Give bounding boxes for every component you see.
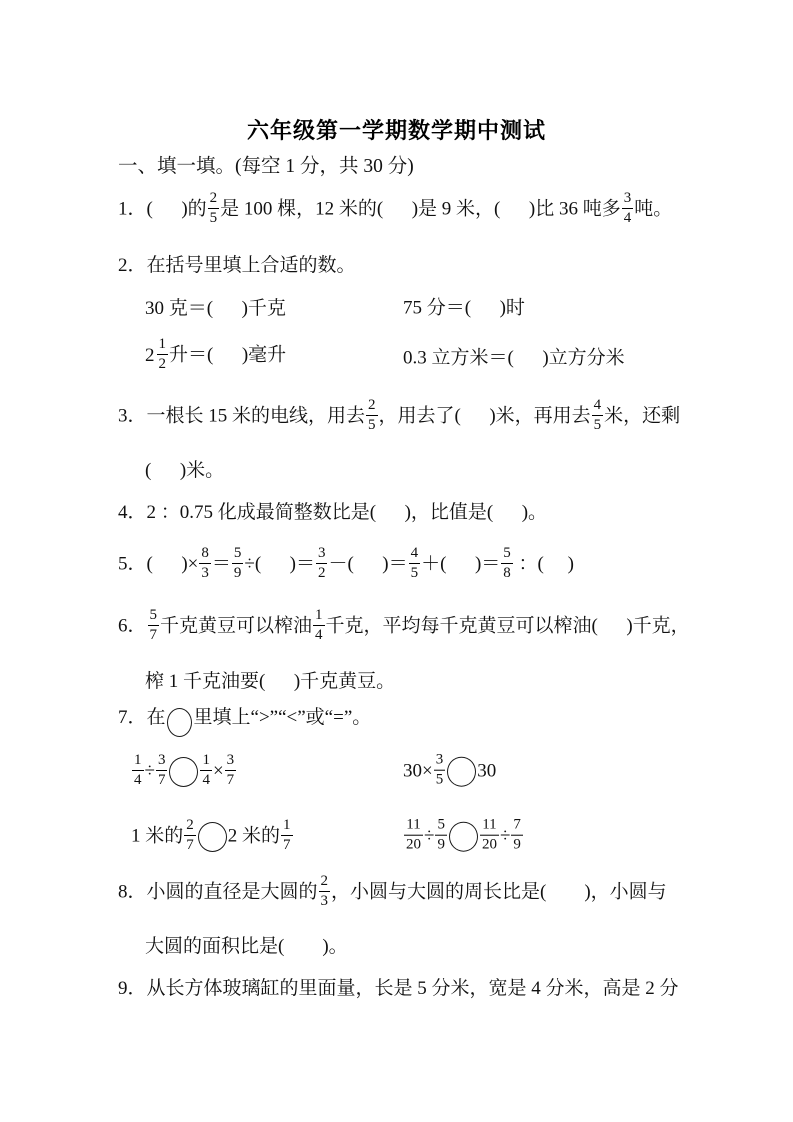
- column-left: 榨 1 千克油要( )千克黄豆。: [145, 666, 395, 693]
- column-left: 3．一根长 15 米的电线，用去25，用去了( )米，再用去45米，还剩: [118, 399, 680, 436]
- fraction-numerator: 4: [409, 545, 421, 564]
- mixed-number-whole: 2: [145, 345, 155, 367]
- fraction: 14: [132, 752, 144, 789]
- fraction-numerator: 1: [313, 607, 325, 626]
- fraction-numerator: 1: [281, 817, 293, 836]
- exam-line-q7-l1: 7．在里填上“>”“<”或“=”。: [0, 699, 793, 737]
- column-left: ( )米。: [145, 455, 224, 482]
- exam-line-q2-l3: 212升＝( )毫升0.3 立方米＝( )立方分米: [0, 328, 793, 384]
- fraction-numerator: 3: [156, 752, 168, 771]
- exam-line-q4-l1: 4．2 ：0.75 化成最简整数比是( )，比值是( )。: [0, 494, 793, 526]
- fraction-denominator: 3: [199, 564, 211, 582]
- fraction-denominator: 8: [501, 564, 513, 582]
- fraction: 32: [316, 545, 328, 582]
- exam-line-q2-l1: 2．在括号里填上合适的数。: [0, 247, 793, 279]
- text-run: 升＝( )毫升: [169, 344, 286, 365]
- compare-circle: [167, 708, 192, 737]
- fraction-denominator: 7: [281, 836, 293, 854]
- column-left: 212升＝( )毫升: [145, 338, 286, 375]
- text-run: 1．( )的: [118, 198, 207, 219]
- compare-circle: [198, 822, 227, 852]
- column-right: 0.3 立方米＝( )立方分米: [403, 343, 625, 370]
- text-run: 7．在: [118, 707, 166, 728]
- fraction: 57: [148, 607, 160, 644]
- fraction-denominator: 4: [622, 209, 634, 227]
- fraction: 59: [232, 545, 244, 582]
- text-run: ：( ): [514, 553, 574, 574]
- column-right: 1120÷591120÷79: [403, 819, 524, 856]
- text-run: 3．一根长 15 米的电线，用去: [118, 405, 365, 426]
- text-run: ( )米。: [145, 460, 224, 481]
- fraction-numerator: 4: [592, 397, 604, 416]
- fraction-denominator: 20: [480, 836, 499, 854]
- fraction-denominator: 7: [156, 771, 168, 789]
- fraction-numerator: 3: [225, 752, 237, 771]
- fraction-denominator: 5: [592, 416, 604, 434]
- column-left: 30 克＝( )千克: [145, 293, 286, 320]
- fraction-numerator: 2: [366, 397, 378, 416]
- fraction: 83: [199, 545, 211, 582]
- text-run: ，用去了( )米，再用去: [379, 405, 591, 426]
- column-left: 4．2 ：0.75 化成最简整数比是( )，比值是( )。: [118, 497, 547, 524]
- exam-line-q3-l1: 3．一根长 15 米的电线，用去25，用去了( )米，再用去45米，还剩: [0, 390, 793, 444]
- fraction-numerator: 8: [199, 545, 211, 564]
- column-right: 30×3530: [403, 754, 496, 791]
- text-run: ＝: [212, 553, 231, 574]
- fraction: 14: [200, 752, 212, 789]
- exam-line-q7-l3: 1 米的272 米的171120÷591120÷79: [0, 809, 793, 865]
- exam-page: 六年级第一学期数学期中测试 一、填一填。(每空 1 分，共 30 分) 1．( …: [0, 0, 793, 1122]
- fraction-denominator: 2: [316, 564, 328, 582]
- fraction-numerator: 2: [319, 873, 331, 892]
- exam-line-q1-l1: 1．( )的25是 100 棵，12 米的( )是 9 米，( )比 36 吨多…: [0, 184, 793, 236]
- fraction-numerator: 5: [501, 545, 513, 564]
- fraction-numerator: 5: [435, 817, 447, 836]
- text-run: 0.3 立方米＝( )立方分米: [403, 348, 625, 369]
- fraction-numerator: 2: [208, 190, 220, 209]
- fraction: 27: [184, 817, 196, 854]
- text-run: ÷: [500, 825, 510, 846]
- fraction: 17: [281, 817, 293, 854]
- page-title: 六年级第一学期数学期中测试: [0, 114, 793, 145]
- text-run: 2．在括号里填上合适的数。: [118, 255, 356, 276]
- compare-circle: [449, 822, 478, 852]
- compare-circle: [447, 757, 476, 787]
- mixed-number: 212: [145, 338, 169, 375]
- fraction-denominator: 7: [184, 836, 196, 854]
- exam-line-q5-l1: 5．( )×83＝59÷( )＝32－( )＝45＋( )＝58 ：( ): [0, 538, 793, 592]
- fraction-denominator: 3: [319, 892, 331, 910]
- fraction: 1120: [480, 817, 499, 854]
- fraction: 79: [511, 817, 523, 854]
- text-run: 75 分＝( )时: [403, 298, 525, 319]
- text-run: 千克，平均每千克黄豆可以榨油( )千克，: [326, 615, 690, 636]
- fraction-numerator: 5: [232, 545, 244, 564]
- text-run: 里填上“>”“<”或“=”。: [194, 707, 372, 728]
- text-run: ＋( )＝: [421, 553, 500, 574]
- text-run: 是 100 棵，12 米的( )是 9 米，( )比 36 吨多: [220, 198, 621, 219]
- column-left: 7．在里填上“>”“<”或“=”。: [118, 702, 371, 733]
- fraction-numerator: 2: [184, 817, 196, 836]
- compare-circle: [169, 757, 198, 787]
- exam-line-q3-l2: ( )米。: [0, 452, 793, 484]
- fraction-denominator: 4: [313, 626, 325, 644]
- text-run: ÷: [145, 760, 155, 781]
- fraction: 25: [366, 397, 378, 434]
- text-run: 千克黄豆可以榨油: [160, 615, 312, 636]
- fraction-numerator: 1: [132, 752, 144, 771]
- fraction-denominator: 4: [200, 771, 212, 789]
- fraction-numerator: 5: [148, 607, 160, 626]
- fraction: 1120: [404, 817, 423, 854]
- text-run: 5．( )×: [118, 553, 198, 574]
- fraction-denominator: 5: [366, 416, 378, 434]
- text-run: 大圆的面积比是( )。: [145, 936, 348, 957]
- fraction: 12: [157, 336, 169, 373]
- text-run: 30: [477, 760, 496, 781]
- text-run: 吨。: [634, 198, 672, 219]
- column-left: 2．在括号里填上合适的数。: [118, 250, 356, 277]
- fraction: 58: [501, 545, 513, 582]
- text-run: ×: [213, 760, 224, 781]
- exam-line-q6-l1: 6．57千克黄豆可以榨油14千克，平均每千克黄豆可以榨油( )千克，: [0, 600, 793, 654]
- exam-line-q8-l2: 大圆的面积比是( )。: [0, 928, 793, 960]
- fraction-numerator: 3: [622, 190, 634, 209]
- text-run: ，小圆与大圆的周长比是( )，小圆与: [331, 881, 667, 902]
- text-run: －( )＝: [328, 553, 407, 574]
- text-run: 米，还剩: [604, 405, 680, 426]
- fraction: 34: [622, 190, 634, 227]
- fraction-denominator: 9: [435, 836, 447, 854]
- fraction-denominator: 5: [409, 564, 421, 582]
- column-left: 9．从长方体玻璃缸的里面量，长是 5 分米，宽是 4 分米，高是 2 分: [118, 973, 679, 1000]
- exam-line-q6-l2: 榨 1 千克油要( )千克黄豆。: [0, 663, 793, 695]
- fraction-denominator: 9: [232, 564, 244, 582]
- fraction-denominator: 20: [404, 836, 423, 854]
- exam-line-q2-l2: 30 克＝( )千克75 分＝( )时: [0, 290, 793, 322]
- text-run: 1 米的: [131, 825, 183, 846]
- fraction-denominator: 5: [208, 209, 220, 227]
- fraction-denominator: 7: [148, 626, 160, 644]
- column-left: 14÷3714×37: [131, 754, 237, 791]
- text-run: 30×: [403, 760, 433, 781]
- fraction-denominator: 7: [225, 771, 237, 789]
- exam-line-q8-l1: 8．小圆的直径是大圆的23，小圆与大圆的周长比是( )，小圆与: [0, 866, 793, 920]
- fraction-numerator: 1: [200, 752, 212, 771]
- column-left: 1．( )的25是 100 棵，12 米的( )是 9 米，( )比 36 吨多…: [118, 192, 672, 229]
- fraction-numerator: 7: [511, 817, 523, 836]
- fraction-denominator: 4: [132, 771, 144, 789]
- column-right: 75 分＝( )时: [403, 293, 525, 320]
- text-run: 榨 1 千克油要( )千克黄豆。: [145, 671, 395, 692]
- column-left: 5．( )×83＝59÷( )＝32－( )＝45＋( )＝58 ：( ): [118, 547, 574, 584]
- text-run: 6．: [118, 615, 147, 636]
- fraction-numerator: 11: [404, 817, 423, 836]
- column-left: 1 米的272 米的17: [131, 819, 294, 856]
- section-header: 一、填一填。(每空 1 分，共 30 分): [118, 150, 414, 178]
- fraction: 37: [225, 752, 237, 789]
- fraction: 45: [409, 545, 421, 582]
- text-run: 4．2 ：0.75 化成最简整数比是( )，比值是( )。: [118, 502, 547, 523]
- fraction-numerator: 11: [480, 817, 499, 836]
- exam-line-q9-l1: 9．从长方体玻璃缸的里面量，长是 5 分米，宽是 4 分米，高是 2 分: [0, 970, 793, 1002]
- fraction: 25: [208, 190, 220, 227]
- exam-line-q7-l2: 14÷3714×3730×3530: [0, 744, 793, 800]
- text-run: 30 克＝( )千克: [145, 298, 286, 319]
- column-left: 6．57千克黄豆可以榨油14千克，平均每千克黄豆可以榨油( )千克，: [118, 609, 690, 646]
- fraction: 23: [319, 873, 331, 910]
- fraction: 37: [156, 752, 168, 789]
- text-run: 2 米的: [228, 825, 280, 846]
- fraction-numerator: 3: [316, 545, 328, 564]
- text-run: 8．小圆的直径是大圆的: [118, 881, 318, 902]
- fraction: 45: [592, 397, 604, 434]
- column-left: 8．小圆的直径是大圆的23，小圆与大圆的周长比是( )，小圆与: [118, 875, 667, 912]
- column-left: 大圆的面积比是( )。: [145, 931, 348, 958]
- text-run: 9．从长方体玻璃缸的里面量，长是 5 分米，宽是 4 分米，高是 2 分: [118, 978, 679, 999]
- text-run: ÷( )＝: [244, 553, 315, 574]
- fraction-denominator: 2: [157, 355, 169, 373]
- fraction-numerator: 3: [434, 752, 446, 771]
- fraction-numerator: 1: [157, 336, 169, 355]
- fraction: 35: [434, 752, 446, 789]
- fraction-denominator: 9: [511, 836, 523, 854]
- text-run: ÷: [424, 825, 434, 846]
- fraction: 59: [435, 817, 447, 854]
- fraction-denominator: 5: [434, 771, 446, 789]
- fraction: 14: [313, 607, 325, 644]
